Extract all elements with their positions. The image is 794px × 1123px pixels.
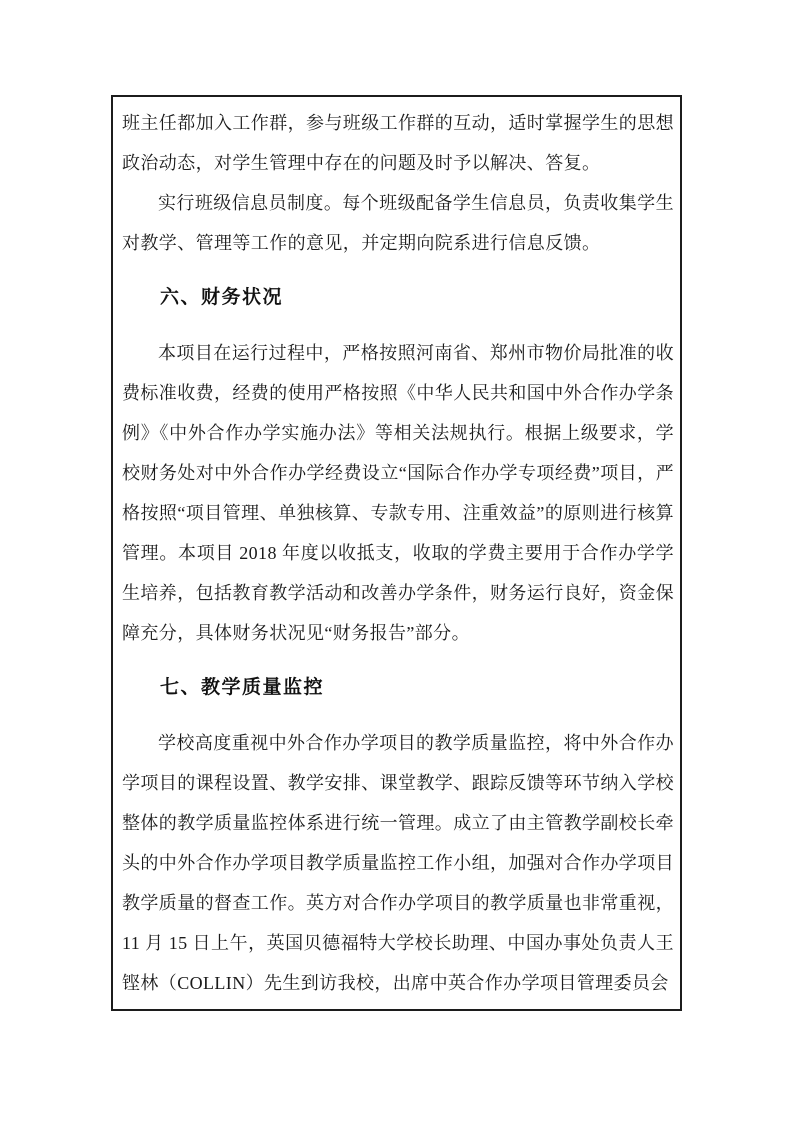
section-heading-teaching-quality-monitoring: 七、教学质量监控: [122, 668, 674, 708]
section-heading-financial-status: 六、财务状况: [122, 278, 674, 318]
content-border-frame: 班主任都加入工作群，参与班级工作群的互动，适时掌握学生的思想政治动态，对学生管理…: [111, 95, 682, 1011]
paragraph-financial-details: 本项目在运行过程中，严格按照河南省、郑州市物价局批准的收费标准收费，经费的使用严…: [122, 333, 674, 653]
document-page: 班主任都加入工作群，参与班级工作群的互动，适时掌握学生的思想政治动态，对学生管理…: [0, 0, 794, 1123]
paragraph-teaching-quality-details: 学校高度重视中外合作办学项目的教学质量监控，将中外合作办学项目的课程设置、教学安…: [122, 723, 674, 1003]
paragraph-class-teacher-work-groups: 班主任都加入工作群，参与班级工作群的互动，适时掌握学生的思想政治动态，对学生管理…: [122, 103, 674, 183]
paragraph-class-informant-system: 实行班级信息员制度。每个班级配备学生信息员，负责收集学生对教学、管理等工作的意见…: [122, 183, 674, 263]
